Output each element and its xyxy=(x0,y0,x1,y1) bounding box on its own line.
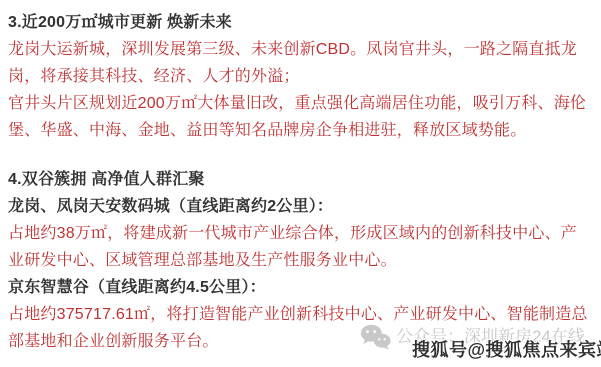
section3-paragraph-1: 龙岗大运新城，深圳发展第三级、未来创新CBD。凤岗官井头，一路之隔直抵龙岗，将承… xyxy=(8,36,593,90)
section3-paragraph-2: 官井头片区规划近200万㎡大体量旧改，重点强化高端居住功能，吸引万科、海伦堡、华… xyxy=(8,90,593,144)
section-divider-space xyxy=(8,144,593,166)
article-body: 3.近200万㎡城市更新 焕新未来 龙岗大运新城，深圳发展第三级、未来创新CBD… xyxy=(0,0,601,355)
section4-sub1-paragraph: 占地约38万㎡，将建成新一代城市产业综合体，形成区域内的创新科技中心、产业研发中… xyxy=(8,220,593,274)
section4-sub1-title: 龙岗、凤岗天安数码城（直线距离约2公里）： xyxy=(8,193,593,220)
section3-heading: 3.近200万㎡城市更新 焕新未来 xyxy=(8,9,593,36)
section4-heading: 4.双谷簇拥 高净值人群汇聚 xyxy=(8,166,593,193)
section4-sub2-title: 京东智慧谷（直线距离约4.5公里）： xyxy=(8,274,593,301)
sohu-watermark-label: 搜狐号@搜狐焦点来宾站 xyxy=(412,336,601,362)
wechat-icon xyxy=(360,324,391,350)
